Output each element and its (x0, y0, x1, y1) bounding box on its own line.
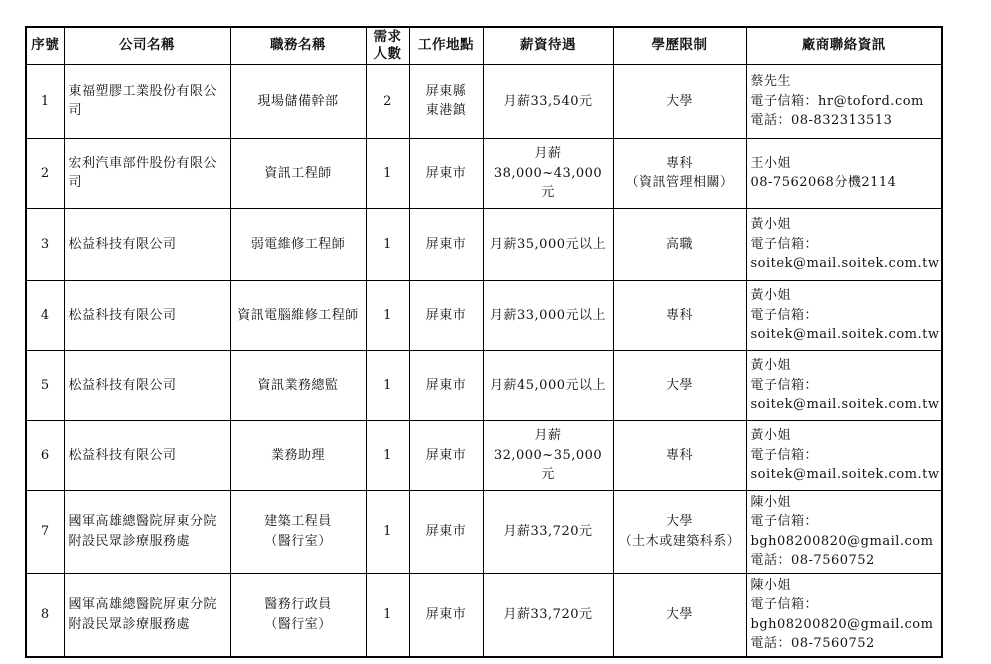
cell-education-requirement: 大學 (613, 573, 746, 657)
cell-contact-info: 黃小姐 電子信箱： soitek@mail.soitek.com.tw (746, 350, 942, 420)
table-row: 5 松益科技有限公司 資訊業務總監 1 屏東市 月薪45,000元以上 大學 黃… (26, 350, 942, 420)
cell-company-name: 宏利汽車部件股份有限公司 (64, 138, 230, 208)
cell-job-title: 現場儲備幹部 (230, 64, 366, 138)
col-header-headcount: 需求 人數 (366, 27, 409, 64)
cell-serial-no: 7 (26, 490, 64, 573)
cell-salary: 月薪35,000元以上 (483, 208, 613, 280)
cell-serial-no: 6 (26, 420, 64, 490)
cell-work-location: 屏東市 (409, 420, 483, 490)
cell-company-name: 國軍高雄總醫院屏東分院 附設民眾診療服務處 (64, 573, 230, 657)
cell-company-name: 松益科技有限公司 (64, 420, 230, 490)
cell-serial-no: 4 (26, 280, 64, 350)
cell-company-name: 國軍高雄總醫院屏東分院 附設民眾診療服務處 (64, 490, 230, 573)
cell-job-title: 資訊工程師 (230, 138, 366, 208)
cell-contact-info: 黃小姐 電子信箱： soitek@mail.soitek.com.tw (746, 280, 942, 350)
table-row: 6 松益科技有限公司 業務助理 1 屏東市 月薪32,000~35,000元 專… (26, 420, 942, 490)
cell-education-requirement: 大學 （土木或建築科系） (613, 490, 746, 573)
cell-company-name: 東福塑膠工業股份有限公司 (64, 64, 230, 138)
cell-headcount: 1 (366, 420, 409, 490)
cell-education-requirement: 專科 (613, 280, 746, 350)
cell-salary: 月薪33,720元 (483, 490, 613, 573)
document-page: 序號 公司名稱 職務名稱 需求 人數 工作地點 薪資待遇 學歷限制 廠商聯絡資訊… (0, 0, 991, 664)
col-header-company-name: 公司名稱 (64, 27, 230, 64)
cell-headcount: 1 (366, 350, 409, 420)
cell-job-title: 弱電維修工程師 (230, 208, 366, 280)
cell-education-requirement: 高職 (613, 208, 746, 280)
cell-contact-info: 黃小姐 電子信箱： soitek@mail.soitek.com.tw (746, 208, 942, 280)
cell-job-title: 醫務行政員 （醫行室） (230, 573, 366, 657)
job-listing-table: 序號 公司名稱 職務名稱 需求 人數 工作地點 薪資待遇 學歷限制 廠商聯絡資訊… (25, 26, 943, 658)
cell-headcount: 1 (366, 490, 409, 573)
cell-work-location: 屏東市 (409, 208, 483, 280)
cell-education-requirement: 大學 (613, 350, 746, 420)
table-row: 4 松益科技有限公司 資訊電腦維修工程師 1 屏東市 月薪33,000元以上 專… (26, 280, 942, 350)
cell-serial-no: 5 (26, 350, 64, 420)
cell-serial-no: 2 (26, 138, 64, 208)
cell-work-location: 屏東市 (409, 280, 483, 350)
cell-headcount: 1 (366, 138, 409, 208)
cell-contact-info: 黃小姐 電子信箱： soitek@mail.soitek.com.tw (746, 420, 942, 490)
cell-salary: 月薪45,000元以上 (483, 350, 613, 420)
cell-salary: 月薪32,000~35,000元 (483, 420, 613, 490)
cell-work-location: 屏東市 (409, 138, 483, 208)
cell-serial-no: 8 (26, 573, 64, 657)
cell-salary: 月薪33,000元以上 (483, 280, 613, 350)
col-header-education-requirement: 學歷限制 (613, 27, 746, 64)
cell-headcount: 1 (366, 280, 409, 350)
col-header-serial-no: 序號 (26, 27, 64, 64)
table-row: 8 國軍高雄總醫院屏東分院 附設民眾診療服務處 醫務行政員 （醫行室） 1 屏東… (26, 573, 942, 657)
cell-education-requirement: 大學 (613, 64, 746, 138)
col-header-contact-info: 廠商聯絡資訊 (746, 27, 942, 64)
header-row: 序號 公司名稱 職務名稱 需求 人數 工作地點 薪資待遇 學歷限制 廠商聯絡資訊 (26, 27, 942, 64)
cell-work-location: 屏東縣 東港鎮 (409, 64, 483, 138)
cell-work-location: 屏東市 (409, 350, 483, 420)
table-row: 2 宏利汽車部件股份有限公司 資訊工程師 1 屏東市 月薪38,000~43,0… (26, 138, 942, 208)
cell-salary: 月薪38,000~43,000元 (483, 138, 613, 208)
table-row: 1 東福塑膠工業股份有限公司 現場儲備幹部 2 屏東縣 東港鎮 月薪33,540… (26, 64, 942, 138)
cell-serial-no: 3 (26, 208, 64, 280)
cell-company-name: 松益科技有限公司 (64, 208, 230, 280)
cell-contact-info: 陳小姐 電子信箱： bgh08200820@gmail.com 電話：08-75… (746, 490, 942, 573)
cell-salary: 月薪33,720元 (483, 573, 613, 657)
cell-contact-info: 蔡先生 電子信箱：hr@toford.com 電話：08-832313513 (746, 64, 942, 138)
cell-job-title: 資訊業務總監 (230, 350, 366, 420)
cell-company-name: 松益科技有限公司 (64, 280, 230, 350)
col-header-job-title: 職務名稱 (230, 27, 366, 64)
col-header-work-location: 工作地點 (409, 27, 483, 64)
cell-contact-info: 陳小姐 電子信箱： bgh08200820@gmail.com 電話：08-75… (746, 573, 942, 657)
cell-company-name: 松益科技有限公司 (64, 350, 230, 420)
cell-education-requirement: 專科 （資訊管理相關） (613, 138, 746, 208)
cell-headcount: 1 (366, 208, 409, 280)
cell-serial-no: 1 (26, 64, 64, 138)
table-row: 3 松益科技有限公司 弱電維修工程師 1 屏東市 月薪35,000元以上 高職 … (26, 208, 942, 280)
cell-work-location: 屏東市 (409, 573, 483, 657)
cell-education-requirement: 專科 (613, 420, 746, 490)
col-header-salary: 薪資待遇 (483, 27, 613, 64)
cell-job-title: 資訊電腦維修工程師 (230, 280, 366, 350)
cell-headcount: 1 (366, 573, 409, 657)
cell-contact-info: 王小姐 08-7562068分機2114 (746, 138, 942, 208)
cell-headcount: 2 (366, 64, 409, 138)
cell-work-location: 屏東市 (409, 490, 483, 573)
cell-job-title: 建築工程員 （醫行室） (230, 490, 366, 573)
cell-job-title: 業務助理 (230, 420, 366, 490)
table-row: 7 國軍高雄總醫院屏東分院 附設民眾診療服務處 建築工程員 （醫行室） 1 屏東… (26, 490, 942, 573)
cell-salary: 月薪33,540元 (483, 64, 613, 138)
